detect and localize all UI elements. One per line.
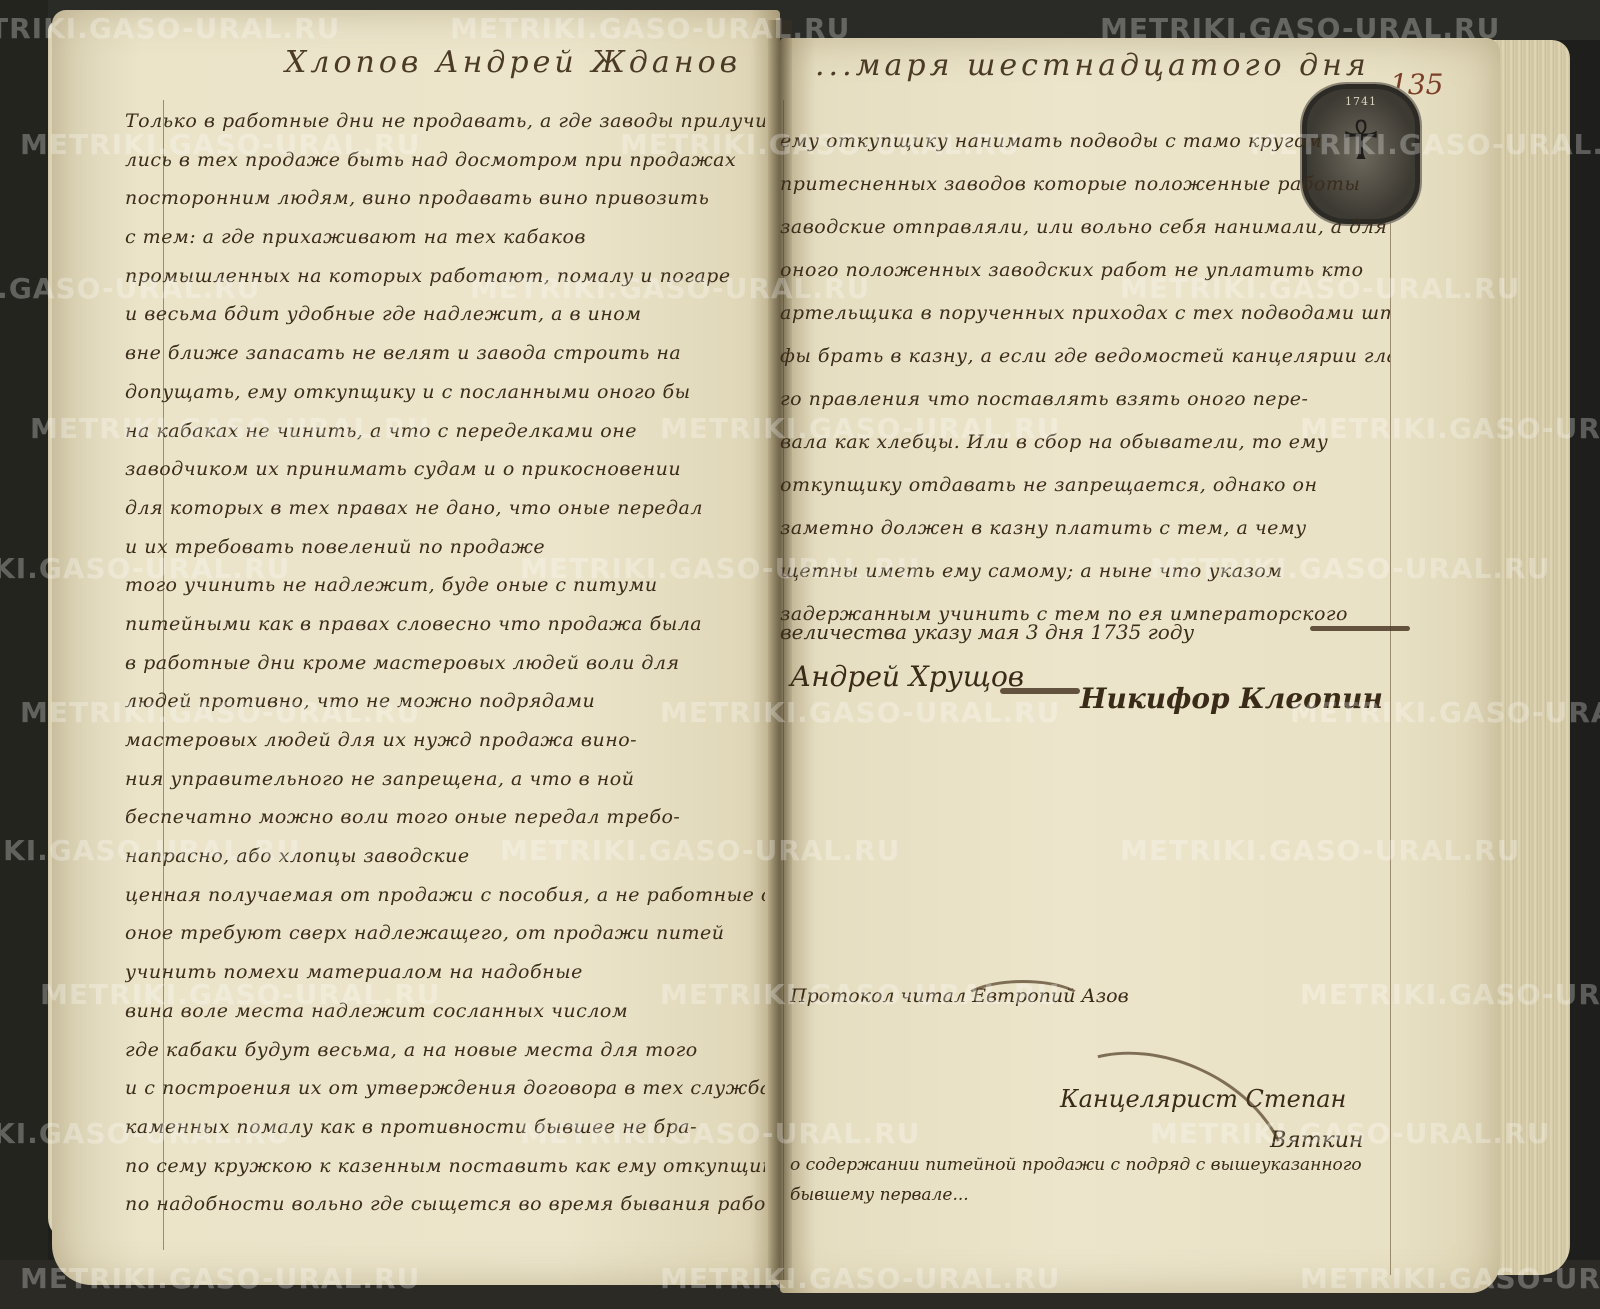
- manuscript-line: притесненных заводов которые положенные …: [780, 163, 1390, 206]
- manuscript-line: посторонним людям, вино продавать вино п…: [125, 179, 765, 218]
- watermark-text: METRIKI.GASO-URAL.RU: [1100, 12, 1500, 45]
- watermark-text: METRIKI.GASO-URAL.RU: [0, 12, 340, 45]
- watermark-text: METRIKI.GASO-URAL.RU: [1300, 978, 1600, 1011]
- left-page-body-text: Только в работные дни не продавать, а гд…: [125, 102, 765, 1224]
- manuscript-line: вне ближе запасать не велят и завода стр…: [125, 334, 765, 373]
- watermark-text: METRIKI.GASO-URAL.RU: [520, 1117, 920, 1150]
- watermark-text: METRIKI.GASO-URAL.RU: [1150, 552, 1550, 585]
- watermark-text: METRIKI.GASO-URAL.RU: [660, 1262, 1060, 1295]
- watermark-text: METRIKI.GASO-URAL.RU: [1120, 272, 1520, 305]
- signature-underline: [1000, 688, 1080, 694]
- watermark-text: METRIKI.GASO-URAL.RU: [660, 412, 1060, 445]
- manuscript-line: по сему кружкою к казенным поставить как…: [125, 1147, 765, 1186]
- manuscript-line: питейными как в правах словесно что прод…: [125, 605, 765, 644]
- date-line: величества указу мая 3 дня 1735 году: [780, 620, 1194, 644]
- manuscript-line: беспечатно можно воли того оные передал …: [125, 798, 765, 837]
- manuscript-line: заметно должен в казну платить с тем, а …: [780, 507, 1390, 550]
- watermark-text: METRIKI.GASO-URAL.RU: [0, 834, 300, 867]
- manuscript-line: допущать, ему откупщику и с посланными о…: [125, 373, 765, 412]
- watermark-text: METRIKI.GASO-URAL.RU: [1300, 412, 1600, 445]
- manuscript-line: где кабаки будут весьма, а на новые мест…: [125, 1031, 765, 1070]
- watermark-text: METRIKI.GASO-URAL.RU: [1300, 1262, 1600, 1295]
- date-line-flourish: [1310, 626, 1410, 631]
- manuscript-line: фы брать в казну, а если где ведомостей …: [780, 335, 1390, 378]
- watermark-text: METRIKI.GASO-URAL.RU: [450, 12, 850, 45]
- open-book: Хлопов Андрей Жданов ...маря шестнадцато…: [0, 0, 1600, 1309]
- manuscript-line: откупщику отдавать не запрещается, однак…: [780, 464, 1390, 507]
- footer-note-line-1: о содержании питейной продажи с подряд с…: [790, 1155, 1362, 1175]
- manuscript-line: ния управительного не запрещена, а что в…: [125, 760, 765, 799]
- signature-andrey-khrushchov: Андрей Хрущов: [790, 660, 1024, 693]
- watermark-text: METRIKI.GASO-URAL.RU: [660, 696, 1060, 729]
- watermark-text: METRIKI.GASO-URAL.RU: [20, 128, 420, 161]
- manuscript-line: оное требуют сверх надлежащего, от прода…: [125, 914, 765, 953]
- footer-note-line-2: бывшему первале...: [790, 1185, 969, 1205]
- watermark-text: METRIKI.GASO-URAL.RU: [40, 978, 440, 1011]
- left-page-heading: Хлопов Андрей Жданов: [285, 45, 741, 80]
- watermark-text: METRIKI.GASO-URAL.RU: [500, 834, 900, 867]
- watermark-text: METRIKI.GASO-URAL.RU: [30, 412, 430, 445]
- manuscript-line: заводские отправляли, или вольно себя на…: [780, 206, 1390, 249]
- stamp-year: 1741: [1345, 95, 1377, 108]
- watermark-text: METRIKI.GASO-URAL.RU: [1120, 834, 1520, 867]
- watermark-text: METRIKI.GASO-URAL.RU: [1250, 128, 1600, 161]
- manuscript-line: для которых в тех правах не дано, что он…: [125, 489, 765, 528]
- manuscript-line: и с построения их от утверждения договор…: [125, 1069, 765, 1108]
- watermark-text: METRIKI.GASO-URAL.RU: [470, 272, 870, 305]
- manuscript-line: в работные дни кроме мастеровых людей во…: [125, 644, 765, 683]
- manuscript-line: заводчиком их принимать судам и о прикос…: [125, 450, 765, 489]
- manuscript-line: ценная получаемая от продажи с пособия, …: [125, 876, 765, 915]
- watermark-text: METRIKI.GASO-URAL.RU: [1150, 1117, 1550, 1150]
- page-edges-right: [1490, 40, 1570, 1275]
- watermark-text: METRIKI.GASO-URAL.RU: [0, 1117, 290, 1150]
- watermark-text: METRIKI.GASO-URAL.RU: [1290, 696, 1600, 729]
- watermark-text: METRIKI.GASO-URAL.RU: [20, 1262, 420, 1295]
- watermark-text: METRIKI.GASO-URAL.RU: [520, 552, 920, 585]
- watermark-text: METRIKI.GASO-URAL.RU: [20, 696, 420, 729]
- watermark-text: METRIKI.GASO-URAL.RU: [660, 978, 1060, 1011]
- manuscript-line: по надобности вольно где сыщется во врем…: [125, 1185, 765, 1224]
- manuscript-line: с тем: а где прихаживают на тех кабаков: [125, 218, 765, 257]
- watermark-text: METRIKI.GASO-URAL.RU: [620, 128, 1020, 161]
- watermark-text: METRIKI.GASO-URAL.RU: [0, 552, 290, 585]
- watermark-text: METRIKI.GASO-URAL.RU: [0, 272, 260, 305]
- right-page-heading: ...маря шестнадцатого дня: [815, 48, 1370, 83]
